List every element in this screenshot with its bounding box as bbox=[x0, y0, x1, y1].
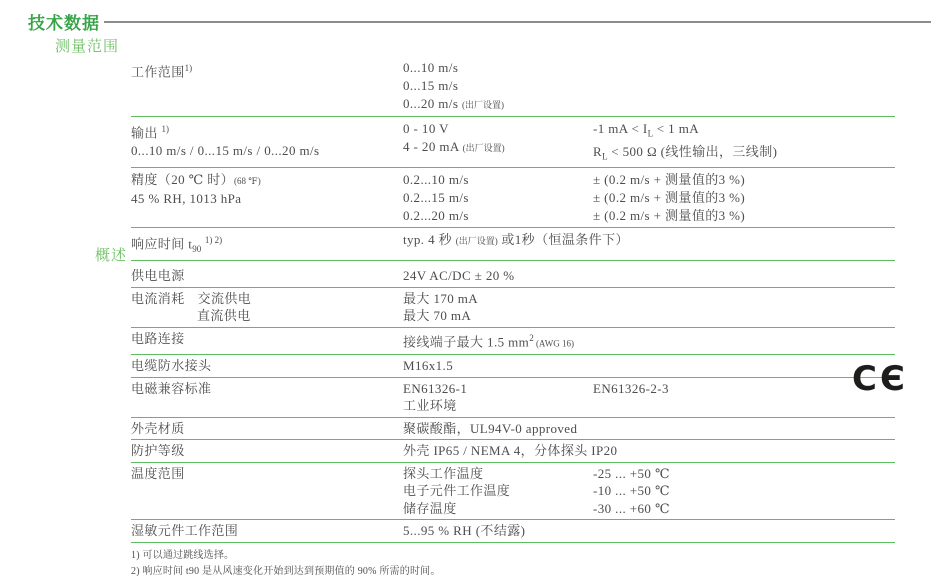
spec-value: 5...95 % RH (不结露) bbox=[403, 522, 895, 540]
subscript: 90 bbox=[192, 244, 201, 254]
spec-value: M16x1.5 bbox=[403, 357, 895, 375]
spec-value-line: 0.2...20 m/s bbox=[403, 207, 593, 225]
table-row-protection-class: 防护等级 外壳 IP65 / NEMA 4，分体探头 IP20 bbox=[131, 440, 895, 463]
spec-value-line: 0 - 10 V bbox=[403, 120, 593, 138]
temperature-line: 电子元件工作温度-10 ... +50 ℃ bbox=[403, 482, 895, 500]
table-row-cable-gland: 电缆防水接头 M16x1.5 bbox=[131, 355, 895, 378]
spec-value-line: EN61326-1 bbox=[403, 380, 593, 398]
temperature-line: 探头工作温度-25 ... +50 ℃ bbox=[403, 465, 895, 483]
page-title: 技术数据 bbox=[28, 9, 100, 34]
spec-label: 工作范围1) bbox=[131, 59, 403, 114]
ce-mark-icon: CЄ bbox=[852, 360, 908, 398]
table-row-accuracy: 精度（20 ℃ 时）(68 ℉) 45 % RH, 1013 hPa 0.2..… bbox=[131, 168, 895, 228]
spec-value-group: 探头工作温度-25 ... +50 ℃ 电子元件工作温度-10 ... +50 … bbox=[403, 465, 895, 518]
spec-label-text: 工作范围 bbox=[131, 64, 185, 79]
spec-value-line: ± (0.2 m/s + 测量值的3 %) bbox=[593, 207, 895, 225]
spec-value-col1: 最大 170 mA 最大 70 mA bbox=[403, 290, 895, 325]
spec-label-line: 输出 1) bbox=[131, 120, 403, 142]
spec-value-line: 最大 70 mA bbox=[403, 307, 895, 325]
spec-value-col2 bbox=[593, 59, 895, 114]
table-row-power-supply: 供电电源 24V AC/DC ± 20 % bbox=[131, 265, 895, 288]
spec-value-text: -1 mA < I bbox=[593, 121, 648, 136]
spec-value-text: 或1秒（恒温条件下） bbox=[498, 232, 629, 247]
temperature-value: -10 ... +50 ℃ bbox=[593, 482, 895, 500]
spec-value-text: < 500 Ω (线性输出，三线制) bbox=[608, 144, 778, 159]
spec-value-col1: EN61326-1 工业环境 bbox=[403, 380, 593, 415]
temperature-label: 电子元件工作温度 bbox=[403, 482, 593, 500]
spec-value-col2: EN61326-2-3 bbox=[593, 380, 895, 415]
spec-label-text: 电流消耗 bbox=[131, 291, 185, 306]
factory-setting-note: (出厂设置) bbox=[462, 100, 504, 110]
spec-value-col1: typ. 4 秒 (出厂设置) 或1秒（恒温条件下） bbox=[403, 231, 895, 258]
spec-label: 输出 1) 0...10 m/s / 0...15 m/s / 0...20 m… bbox=[131, 120, 403, 165]
factory-setting-note: (出厂设置) bbox=[463, 143, 505, 153]
temperature-value: -25 ... +50 ℃ bbox=[593, 465, 895, 483]
spec-label: 供电电源 bbox=[131, 267, 403, 285]
awg-note: (AWG 16) bbox=[534, 338, 574, 348]
spec-label: 精度（20 ℃ 时）(68 ℉) 45 % RH, 1013 hPa bbox=[131, 171, 403, 225]
general-table: 供电电源 24V AC/DC ± 20 % 电流消耗交流供电 直流供电 最大 1… bbox=[131, 265, 895, 543]
temperature-label: 探头工作温度 bbox=[403, 465, 593, 483]
spec-value-line: 工业环境 bbox=[403, 397, 593, 415]
table-row-temperature-range: 温度范围 探头工作温度-25 ... +50 ℃ 电子元件工作温度-10 ...… bbox=[131, 463, 895, 521]
spec-value: 聚碳酸酯，UL94V-0 approved bbox=[403, 420, 895, 438]
spec-label: 电缆防水接头 bbox=[131, 357, 403, 375]
spec-value-line: RL < 500 Ω (线性输出，三线制) bbox=[593, 143, 895, 166]
spec-value-line: 0...15 m/s bbox=[403, 77, 593, 95]
footnote-ref: 1) bbox=[161, 124, 169, 134]
footnote-2: 2) 响应时间 t90 是从风速变化开始到达到预期值的 90% 所需的时间。 bbox=[131, 564, 441, 580]
spec-value-line: 4 - 20 mA (出厂设置) bbox=[403, 138, 593, 157]
table-row-emc-standard: 电磁兼容标准 EN61326-1 工业环境 EN61326-2-3 bbox=[131, 378, 895, 418]
temperature-label: 储存温度 bbox=[403, 500, 593, 518]
spec-value-col1: 0.2...10 m/s 0.2...15 m/s 0.2...20 m/s bbox=[403, 171, 593, 225]
section-heading-measuring-range: 测量范围 bbox=[55, 35, 119, 56]
spec-value-line: -1 mA < IL < 1 mA bbox=[593, 120, 895, 143]
spec-label: 电磁兼容标准 bbox=[131, 380, 403, 415]
spec-value-line: 最大 170 mA bbox=[403, 290, 895, 308]
temperature-line: 储存温度-30 ... +60 ℃ bbox=[403, 500, 895, 518]
table-row-humidity-range: 湿敏元件工作范围 5...95 % RH (不结露) bbox=[131, 520, 895, 543]
spec-value-line: 0.2...15 m/s bbox=[403, 189, 593, 207]
spec-value-text: 0...20 m/s bbox=[403, 96, 458, 111]
spec-label-text: 响应时间 t bbox=[131, 237, 192, 252]
spec-value-line: EN61326-2-3 bbox=[593, 380, 895, 398]
spec-value-line: 0...20 m/s (出厂设置) bbox=[403, 95, 593, 114]
title-rule bbox=[104, 21, 931, 23]
table-row-operating-range: 工作范围1) 0...10 m/s 0...15 m/s 0...20 m/s … bbox=[131, 56, 895, 117]
spec-value-col2: ± (0.2 m/s + 测量值的3 %) ± (0.2 m/s + 测量值的3… bbox=[593, 171, 895, 225]
spec-sublabel: 交流供电 bbox=[198, 291, 252, 306]
spec-label-line: 电流消耗交流供电 bbox=[131, 290, 403, 308]
spec-label: 湿敏元件工作范围 bbox=[131, 522, 403, 540]
temperature-value: -30 ... +60 ℃ bbox=[593, 500, 895, 518]
table-row-response-time: 响应时间 t90 1) 2) typ. 4 秒 (出厂设置) 或1秒（恒温条件下… bbox=[131, 228, 895, 261]
spec-label-text: 精度（20 ℃ 时） bbox=[131, 172, 234, 187]
footnote-ref: 1) 2) bbox=[205, 235, 222, 245]
table-row-housing-material: 外壳材质 聚碳酸酯，UL94V-0 approved bbox=[131, 418, 895, 441]
spec-value-line: ± (0.2 m/s + 测量值的3 %) bbox=[593, 171, 895, 189]
datasheet-page: 技术数据 测量范围 工作范围1) 0...10 m/s 0...15 m/s 0… bbox=[0, 0, 939, 587]
table-row-electrical-connection: 电路连接 接线端子最大 1.5 mm2 (AWG 16) bbox=[131, 328, 895, 356]
spec-label: 电路连接 bbox=[131, 330, 403, 353]
spec-value-col2: -1 mA < IL < 1 mA RL < 500 Ω (线性输出，三线制) bbox=[593, 120, 895, 165]
spec-value-line: 0...10 m/s bbox=[403, 59, 593, 77]
section-heading-general: 概述 bbox=[95, 244, 127, 265]
table-row-current-consumption: 电流消耗交流供电 直流供电 最大 170 mA 最大 70 mA bbox=[131, 288, 895, 328]
spec-label-line: 精度（20 ℃ 时）(68 ℉) bbox=[131, 171, 403, 190]
spec-value-text: 接线端子最大 1.5 mm bbox=[403, 334, 529, 349]
fahrenheit-note: (68 ℉) bbox=[234, 176, 261, 186]
footnotes: 1) 可以通过跳线选择。 2) 响应时间 t90 是从风速变化开始到达到预期值的… bbox=[131, 548, 441, 580]
spec-value-line: ± (0.2 m/s + 测量值的3 %) bbox=[593, 189, 895, 207]
spec-value-col1: 0...10 m/s 0...15 m/s 0...20 m/s (出厂设置) bbox=[403, 59, 593, 114]
spec-value-col1: 0 - 10 V 4 - 20 mA (出厂设置) bbox=[403, 120, 593, 165]
measuring-range-table: 工作范围1) 0...10 m/s 0...15 m/s 0...20 m/s … bbox=[131, 56, 895, 261]
spec-label-text: 输出 bbox=[131, 125, 158, 140]
spec-value: 接线端子最大 1.5 mm2 (AWG 16) bbox=[403, 330, 895, 353]
spec-label: 防护等级 bbox=[131, 442, 403, 460]
spec-label: 外壳材质 bbox=[131, 420, 403, 438]
spec-value-text: < 1 mA bbox=[653, 121, 699, 136]
table-row-output: 输出 1) 0...10 m/s / 0...15 m/s / 0...20 m… bbox=[131, 117, 895, 168]
spec-value-text: R bbox=[593, 144, 602, 159]
spec-label: 温度范围 bbox=[131, 465, 403, 518]
spec-sublabel: 直流供电 bbox=[197, 307, 403, 325]
spec-value-text: typ. 4 秒 bbox=[403, 232, 456, 247]
spec-value-line: 0.2...10 m/s bbox=[403, 171, 593, 189]
spec-value-text: 4 - 20 mA bbox=[403, 139, 459, 154]
spec-label-line: 0...10 m/s / 0...15 m/s / 0...20 m/s bbox=[131, 142, 403, 160]
footnote-ref: 1) bbox=[185, 63, 193, 73]
spec-value: 24V AC/DC ± 20 % bbox=[403, 267, 895, 285]
spec-value: 外壳 IP65 / NEMA 4，分体探头 IP20 bbox=[403, 442, 895, 460]
spec-label-line: 45 % RH, 1013 hPa bbox=[131, 190, 403, 208]
spec-label: 响应时间 t90 1) 2) bbox=[131, 231, 403, 258]
footnote-1: 1) 可以通过跳线选择。 bbox=[131, 548, 441, 564]
factory-setting-note: (出厂设置) bbox=[456, 236, 498, 246]
spec-label: 电流消耗交流供电 直流供电 bbox=[131, 290, 403, 325]
